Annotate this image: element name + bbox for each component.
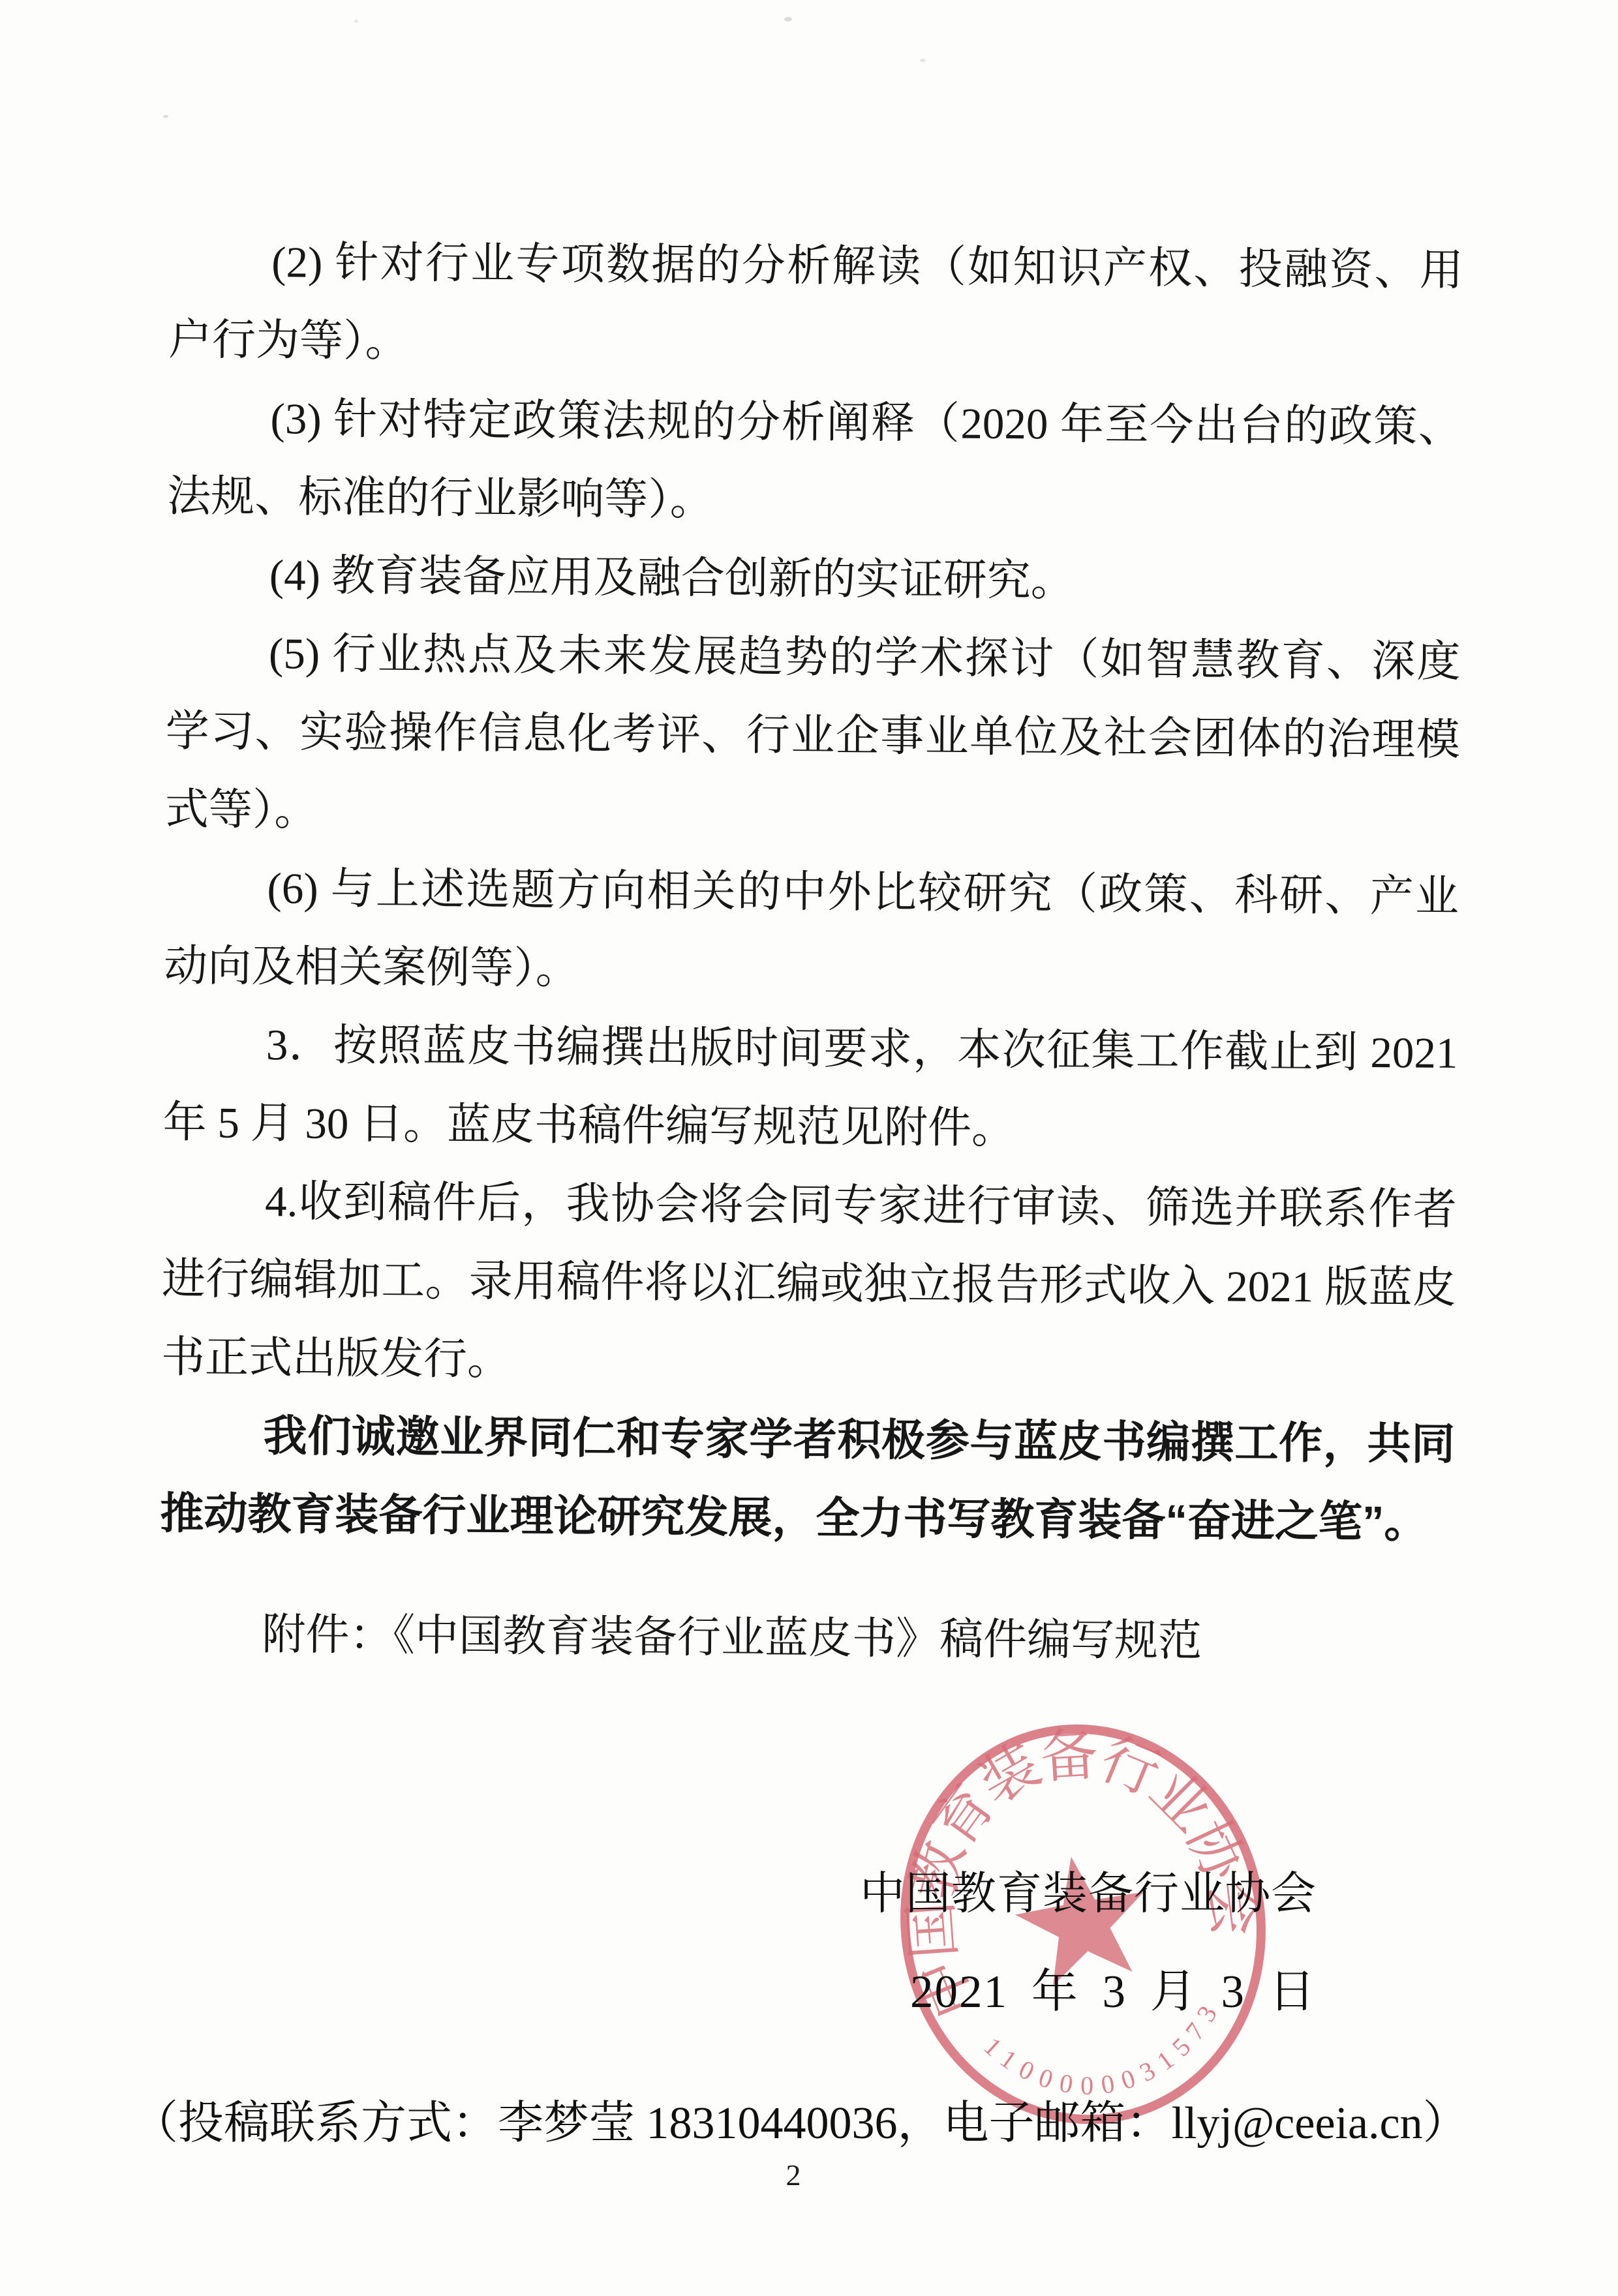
paragraph: (3) 针对特定政策法规的分析阐释（2020 年至今出台的政策、法规、标准的行业… — [167, 379, 1463, 545]
paragraph: 4.收到稿件后，我协会将会同专家进行审读、筛选并联系作者进行编辑加工。录用稿件将… — [161, 1162, 1457, 1406]
scan-speck — [784, 17, 792, 22]
signature-date: 2021 年 3 月 3 日 — [910, 1962, 1317, 2022]
paragraph: (6) 与上述选题方向相关的中外比较研究（政策、科研、产业动向及相关案例等）。 — [164, 849, 1459, 1014]
paragraph: 3．按照蓝皮书编撰出版时间要求，本次征集工作截止到 2021 年 5 月 30 … — [162, 1005, 1458, 1171]
paragraph-list: (2) 针对行业专项数据的分析解读（如知识产权、投融资、用户行为等）。(3) 针… — [160, 222, 1463, 1562]
scan-speck — [163, 115, 168, 118]
scan-speck — [920, 59, 926, 62]
contact-line: （投稿联系方式：李梦莹 18310440036，电子邮箱：llyj@ceeia.… — [132, 2092, 1469, 2155]
paragraph: 我们诚邀业界同仁和专家学者积极参与蓝皮书编撰工作，共同推动教育装备行业理论研究发… — [160, 1397, 1456, 1562]
paragraph: (2) 针对行业专项数据的分析解读（如知识产权、投融资、用户行为等）。 — [168, 222, 1464, 388]
signature-organization: 中国教育装备行业协会 — [860, 1864, 1317, 1923]
attachment-line: 附件：《中国教育装备行业蓝皮书》稿件编写规范 — [159, 1595, 1454, 1682]
document-body: (2) 针对行业专项数据的分析解读（如知识产权、投融资、用户行为等）。(3) 针… — [159, 222, 1463, 1682]
paragraph: (4) 教育装备应用及融合创新的实证研究。 — [166, 536, 1461, 623]
page-number: 2 — [767, 2158, 819, 2192]
paragraph: (5) 行业热点及未来发展趋势的学术探讨（如智慧教育、深度学习、实验操作信息化考… — [165, 614, 1461, 858]
document-page: (2) 针对行业专项数据的分析解读（如知识产权、投融资、用户行为等）。(3) 针… — [0, 0, 1618, 2296]
scan-speck — [354, 20, 358, 23]
